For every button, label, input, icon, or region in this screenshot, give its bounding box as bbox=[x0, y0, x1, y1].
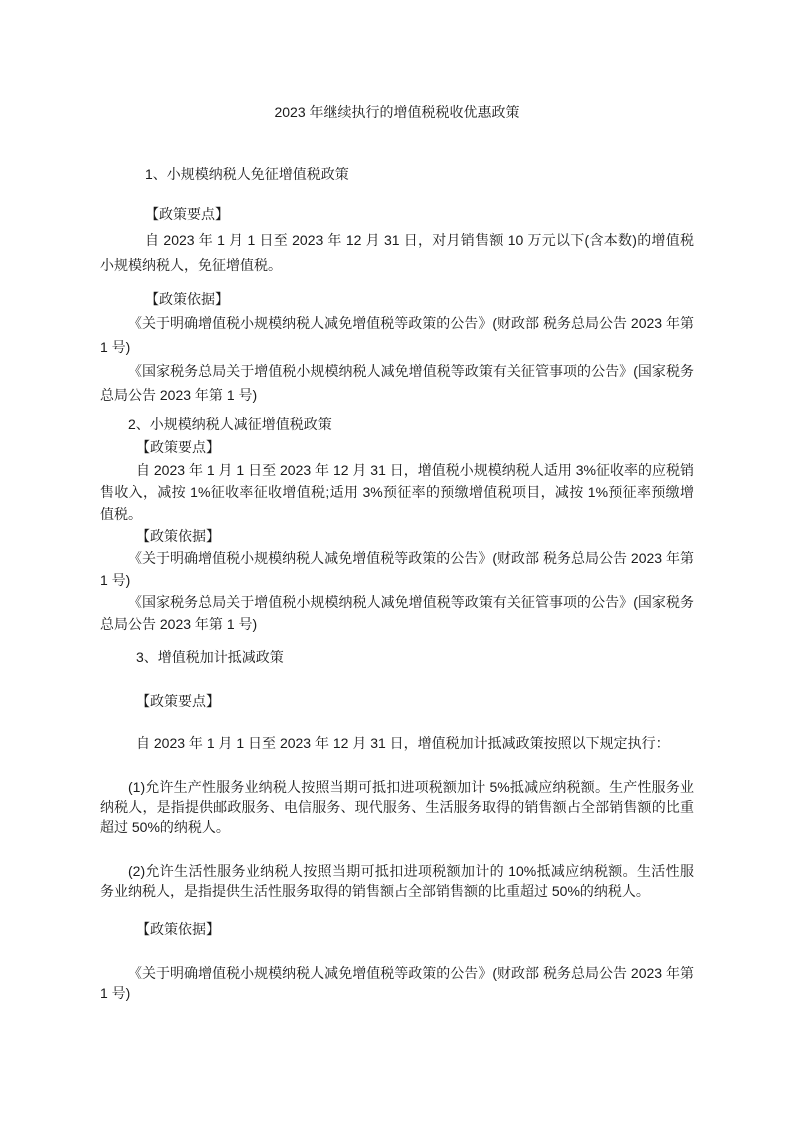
document-page: 2023 年继续执行的增值税税收优惠政策 1、小规模纳税人免征增值税政策 【政策… bbox=[0, 0, 793, 1122]
section-2-points-label: 【政策要点】 bbox=[100, 436, 694, 459]
section-2-basis-citation-2: 《国家税务总局关于增值税小规模纳税人减免增值税等政策有关征管事项的公告》(国家税… bbox=[100, 591, 694, 635]
policy-section-2: 2、小规模纳税人减征增值税政策 【政策要点】 自 2023 年 1 月 1 日至… bbox=[100, 413, 694, 635]
section-3-points-intro: 自 2023 年 1 月 1 日至 2023 年 12 月 31 日，增值税加计… bbox=[100, 733, 694, 753]
section-1-points-label: 【政策要点】 bbox=[100, 202, 694, 226]
section-3-basis-citation-1: 《关于明确增值税小规模纳税人减免增值税等政策的公告》(财政部 税务总局公告 20… bbox=[100, 963, 694, 1003]
document-title: 2023 年继续执行的增值税税收优惠政策 bbox=[100, 102, 694, 122]
section-2-basis-label: 【政策依据】 bbox=[100, 525, 694, 547]
section-3-points-item-1: (1)允许生产性服务业纳税人按照当期可抵扣进项税额加计 5%抵减应纳税额。生产性… bbox=[100, 777, 694, 837]
section-1-basis-label: 【政策依据】 bbox=[100, 287, 694, 311]
section-1-heading: 1、小规模纳税人免征增值税政策 bbox=[100, 162, 694, 186]
section-3-points-item-2: (2)允许生活性服务业纳税人按照当期可抵扣进项税额加计的 10%抵减应纳税额。生… bbox=[100, 861, 694, 901]
section-3-basis-label: 【政策依据】 bbox=[100, 919, 694, 939]
section-2-basis-citation-1: 《关于明确增值税小规模纳税人减免增值税等政策的公告》(财政部 税务总局公告 20… bbox=[100, 547, 694, 591]
policy-section-1: 1、小规模纳税人免征增值税政策 【政策要点】 自 2023 年 1 月 1 日至… bbox=[100, 162, 694, 407]
section-1-points-paragraph: 自 2023 年 1 月 1 日至 2023 年 12 月 31 日，对月销售额… bbox=[100, 228, 694, 278]
section-2-heading: 2、小规模纳税人减征增值税政策 bbox=[100, 413, 694, 436]
section-1-basis-citation-2: 《国家税务总局关于增值税小规模纳税人减免增值税等政策有关征管事项的公告》(国家税… bbox=[100, 359, 694, 407]
section-3-heading: 3、增值税加计抵减政策 bbox=[100, 647, 694, 667]
policy-section-3: 3、增值税加计抵减政策 【政策要点】 自 2023 年 1 月 1 日至 202… bbox=[100, 647, 694, 1003]
section-1-basis-citation-1: 《关于明确增值税小规模纳税人减免增值税等政策的公告》(财政部 税务总局公告 20… bbox=[100, 311, 694, 359]
section-2-points-paragraph: 自 2023 年 1 月 1 日至 2023 年 12 月 31 日，增值税小规… bbox=[100, 459, 694, 525]
section-3-points-label: 【政策要点】 bbox=[100, 691, 694, 711]
